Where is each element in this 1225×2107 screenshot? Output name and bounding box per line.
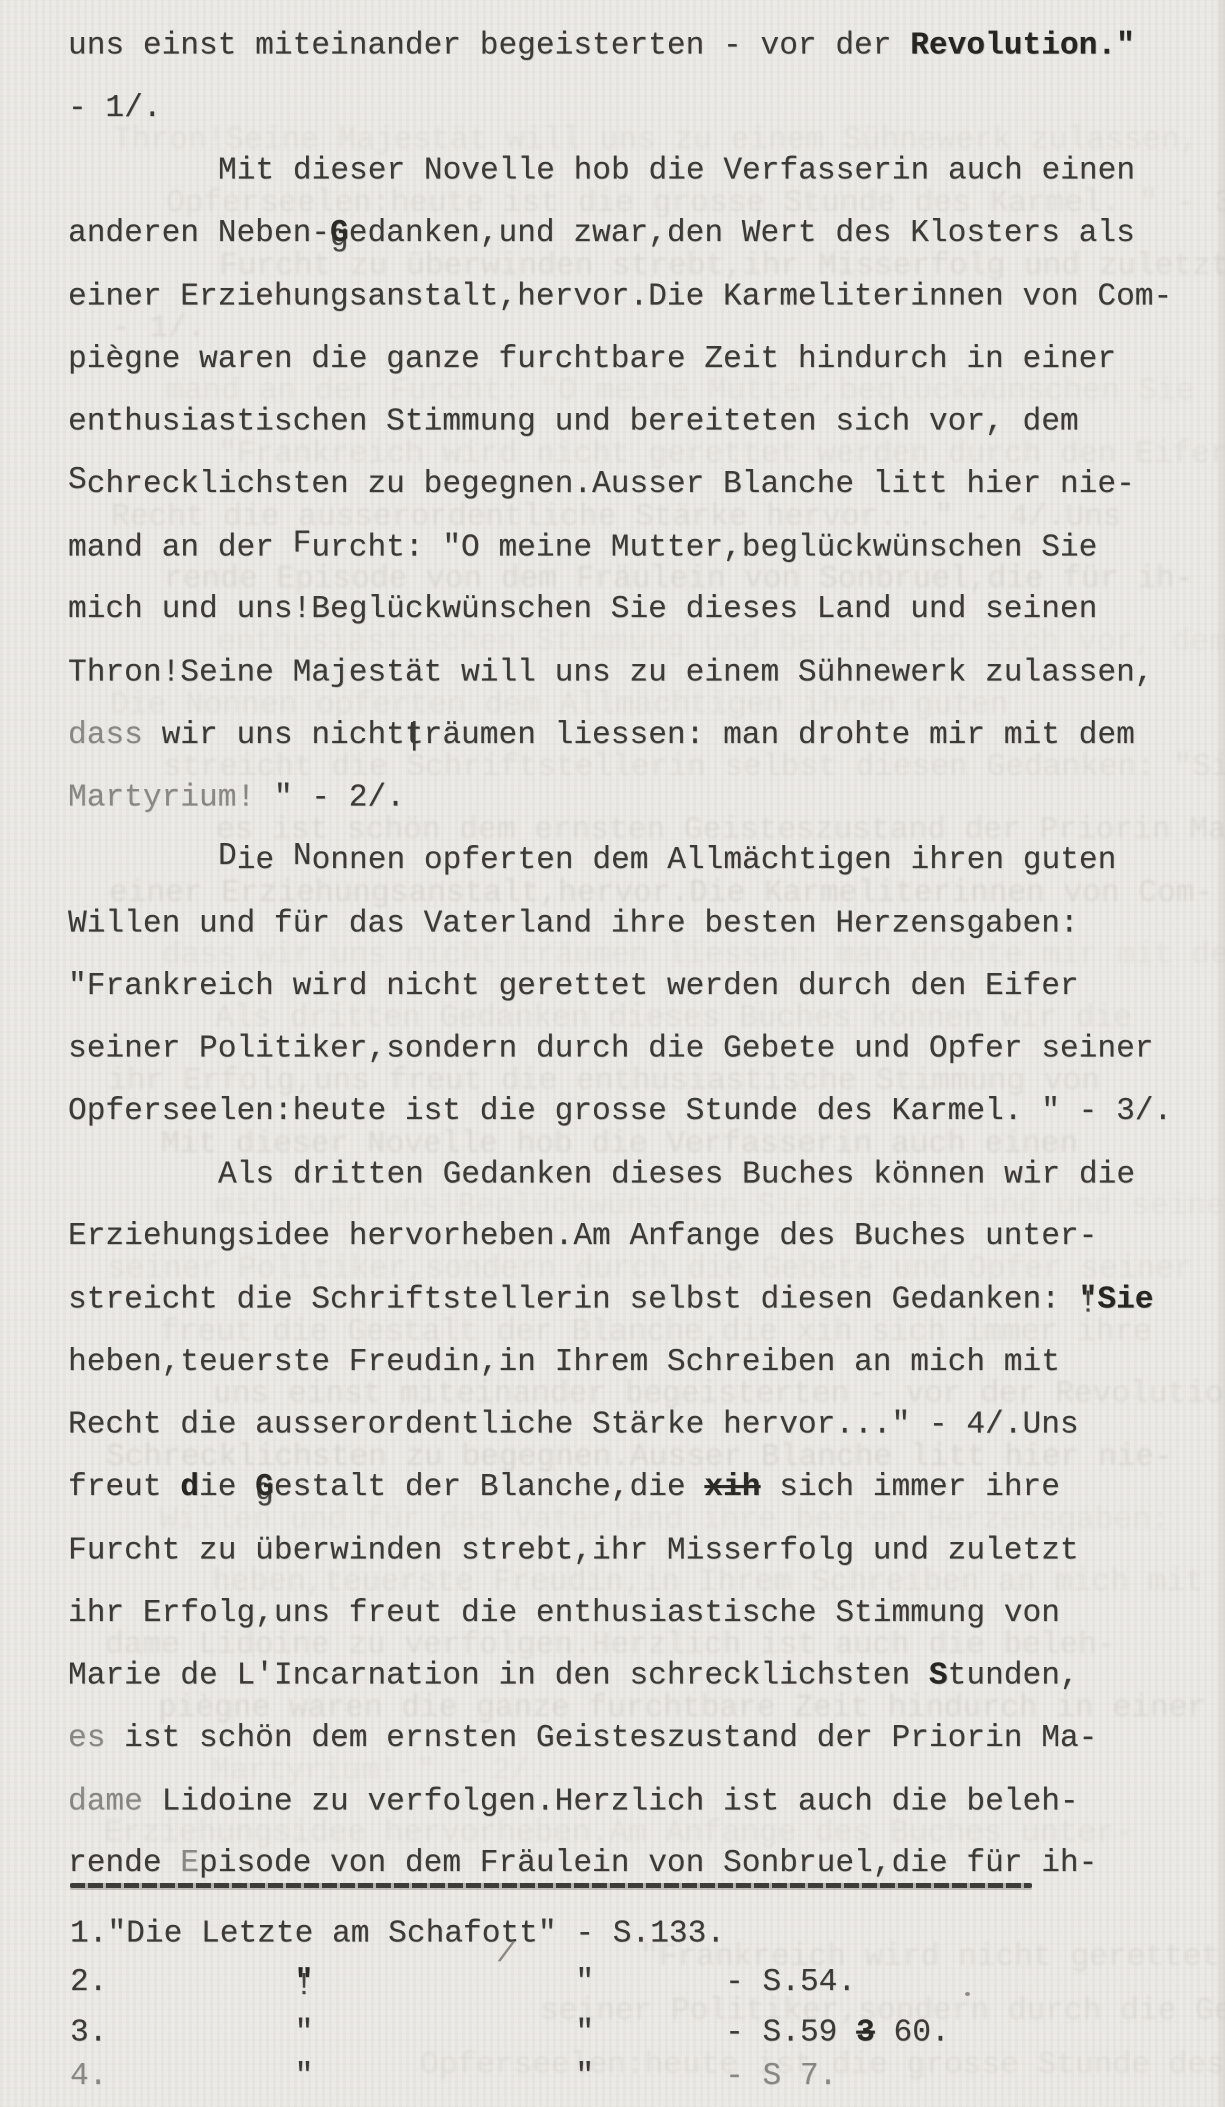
text-segment: urcht: "O meine Mutter,beglückwünschen S… — [311, 530, 1097, 565]
text-segment: träumen liessen: man drohte mir mit dem — [405, 718, 1135, 753]
text-segment — [313, 2016, 575, 2051]
text-segment: piègne waren die ganze furchtbare Zeit h… — [68, 342, 1116, 377]
text-segment: - S.54. — [725, 1965, 856, 2000]
typed-line: Mit dieser Novelle hob die Verfasserin a… — [218, 152, 1135, 192]
text-segment: Erziehungsidee hervorheben.Am Anfange de… — [68, 1219, 1097, 1254]
text-segment: " — [295, 2016, 314, 2051]
text-segment: Willen und für das Vaterland ihre besten… — [68, 906, 1079, 941]
text-segment: edanken,und zwar,den Wert des Klosters a… — [349, 216, 1135, 251]
text-segment: 1."Die Letzte am Schafott" - S.133. — [70, 1917, 725, 1952]
text-segment: Als dritten Gedanken dieses Buches könne… — [218, 1157, 1135, 1192]
text-segment: S — [68, 463, 87, 498]
typed-line: einer Erziehungsanstalt,hervor.Die Karme… — [68, 277, 1172, 317]
text-segment: - S 7. — [725, 2059, 837, 2094]
footnote-line: 1."Die Letzte am Schafott" - S.133. — [70, 1915, 725, 1955]
text-segment: Lidoine zu verfolgen.Herzlich ist auch d… — [143, 1784, 1079, 1819]
text-segment: Marie de L'Incarnation in den schrecklic… — [68, 1659, 929, 1694]
text-segment: dass — [68, 718, 143, 753]
typed-line: Thron!Seine Majestät will uns zu einem S… — [68, 654, 1154, 694]
typed-line: dame Lidoine zu verfolgen.Herzlich ist a… — [68, 1782, 1079, 1822]
text-segment: Opferseelen:heute ist die grosse Stunde … — [68, 1094, 1172, 1129]
text-segment: freut — [68, 1470, 180, 1505]
text-segment: N — [293, 839, 312, 874]
typed-line: Erziehungsidee hervorheben.Am Anfange de… — [68, 1217, 1097, 1257]
typed-line: - 1/. — [68, 89, 162, 129]
text-segment: ie — [237, 843, 293, 878]
text-segment: 60. — [875, 2016, 950, 2051]
text-segment: enthusiastischen Stimmung und bereiteten… — [68, 405, 1079, 440]
text-segment: - S.59 — [725, 2016, 856, 2051]
text-segment: uns einst miteinander begeisterten - vor… — [68, 29, 910, 64]
stray-dot-mark — [965, 1992, 970, 1996]
text-segment — [107, 1965, 294, 2000]
text-segment: Recht die ausserordentliche Stärke hervo… — [68, 1408, 1079, 1443]
text-segment: dame — [68, 1784, 143, 1819]
footnote-line: 3. " " - S.59 3 60. — [70, 2014, 950, 2054]
text-segment: d — [180, 1470, 199, 1505]
typed-line: anderen Neben-Ggedanken,und zwar,den Wer… — [68, 214, 1135, 254]
text-segment: mich und uns!Beglückwünschen Sie dieses … — [68, 592, 1097, 627]
text-segment: ihr Erfolg,uns freut die enthusiastische… — [68, 1596, 1060, 1631]
typed-line: Als dritten Gedanken dieses Buches könne… — [218, 1155, 1135, 1195]
typed-line: Recht die ausserordentliche Stärke hervo… — [68, 1406, 1079, 1446]
text-segment: ist schön dem ernsten Geisteszustand der… — [105, 1721, 1097, 1756]
text-segment: 2. — [70, 1965, 107, 2000]
text-segment: "! — [295, 1963, 314, 2003]
footnote-line: 2. "! " - S.54. — [70, 1963, 856, 2003]
typed-line: streicht die Schriftstellerin selbst die… — [68, 1281, 1154, 1321]
typed-line: es ist schön dem ernsten Geisteszustand … — [68, 1719, 1097, 1759]
text-segment: Sie — [1097, 1283, 1153, 1318]
text-segment: einer Erziehungsanstalt,hervor.Die Karme… — [68, 279, 1172, 314]
typed-line: Opferseelen:heute ist die grosse Stunde … — [68, 1092, 1172, 1132]
text-segment: heben,teuerste Freudin,in Ihrem Schreibe… — [68, 1345, 1060, 1380]
text-segment: 4. — [70, 2059, 107, 2094]
text-segment: xih — [704, 1470, 760, 1505]
typed-line: ihr Erfolg,uns freut die enthusiastische… — [68, 1594, 1060, 1634]
text-segment: anderen Neben- — [68, 216, 330, 251]
typed-line: mich und uns!Beglückwünschen Sie dieses … — [68, 590, 1097, 630]
text-segment: S — [929, 1659, 948, 1694]
text-segment: F — [293, 526, 312, 561]
typed-line: Willen und für das Vaterland ihre besten… — [68, 904, 1079, 944]
typed-line: mand an der Furcht: "O meine Mutter,begl… — [68, 528, 1097, 568]
text-segment: Gg — [330, 214, 349, 254]
text-segment: seiner Politiker,sondern durch die Gebet… — [68, 1032, 1154, 1067]
text-segment — [313, 2059, 575, 2094]
text-segment: Thron!Seine Majestät will uns zu einem S… — [68, 656, 1154, 691]
text-segment: pisode von dem Fräulein von Sonbruel,die… — [199, 1846, 1097, 1881]
typed-line: Furcht zu überwinden strebt,ihr Misserfo… — [68, 1531, 1079, 1571]
text-segment: mand an der — [68, 530, 293, 565]
overstruck-character: ! — [1079, 1285, 1098, 1325]
text-segment: "Frankreich wird nicht gerettet werden d… — [68, 969, 1079, 1004]
text-segment: tunden, — [948, 1659, 1079, 1694]
text-segment: chrecklichsten zu begegnen.Ausser Blanch… — [87, 467, 1135, 502]
text-segment: ie — [199, 1470, 255, 1505]
text-segment — [594, 2059, 725, 2094]
typed-line: rende Episode von dem Fräulein von Sonbr… — [68, 1844, 1097, 1884]
text-segment: " — [295, 2059, 314, 2094]
footnote-separator-rule — [70, 1883, 1032, 1888]
text-segment — [107, 2016, 294, 2051]
text-segment: estalt der Blanche,die — [274, 1470, 704, 1505]
typed-line: Martyrium! " - 2/. — [68, 779, 405, 819]
text-segment: " — [575, 2016, 594, 2051]
text-segment — [594, 2016, 725, 2051]
typed-line: piègne waren die ganze furchtbare Zeit h… — [68, 340, 1116, 380]
text-segment — [107, 2059, 294, 2094]
text-segment: onnen opferten dem Allmächtigen ihren gu… — [312, 843, 1117, 878]
text-segment: streicht die Schriftstellerin selbst die… — [68, 1283, 1079, 1318]
footnote-line: 4. " " - S 7. — [70, 2057, 837, 2097]
text-segment — [594, 1965, 725, 2000]
text-segment: Mit dieser Novelle hob die Verfasserin a… — [218, 154, 1135, 189]
typed-line: seiner Politiker,sondern durch die Gebet… — [68, 1030, 1154, 1070]
typed-line: Schrecklichsten zu begegnen.Ausser Blanc… — [68, 465, 1135, 505]
typed-line: uns einst miteinander begeisterten - vor… — [68, 27, 1135, 67]
overstruck-character: g — [330, 218, 349, 258]
text-segment: wir uns nicht — [143, 718, 405, 753]
text-segment: 3 — [856, 2016, 875, 2051]
text-segment: Revolution." — [910, 29, 1135, 64]
typed-line: freut die Ggestalt der Blanche,die xih s… — [68, 1468, 1060, 1508]
text-segment: Martyrium! — [68, 781, 274, 816]
text-segment: sich immer ihre — [761, 1470, 1060, 1505]
typed-line: enthusiastischen Stimmung und bereiteten… — [68, 403, 1079, 443]
text-segment: "! — [1079, 1281, 1098, 1321]
text-segment: 3. — [70, 2016, 107, 2051]
typed-line: Marie de L'Incarnation in den schrecklic… — [68, 1657, 1079, 1697]
text-segment: " - 2/. — [274, 781, 405, 816]
text-segment: " — [575, 1965, 594, 2000]
text-segment: " — [575, 2059, 594, 2094]
text-segment: - 1/. — [68, 91, 162, 126]
scan-edge-shade — [1215, 0, 1225, 2107]
overstruck-character: g — [255, 1472, 274, 1512]
typed-line: dass wir uns nicht|träumen liessen: man … — [68, 716, 1135, 756]
typed-line: heben,teuerste Freudin,in Ihrem Schreibe… — [68, 1343, 1060, 1383]
typed-line: Die Nonnen opferten dem Allmächtigen ihr… — [218, 841, 1116, 881]
text-segment: es — [68, 1721, 105, 1756]
overstruck-character: ! — [295, 1967, 314, 2007]
text-segment: Gg — [255, 1468, 274, 1508]
text-segment: rende — [68, 1846, 180, 1881]
typed-line: "Frankreich wird nicht gerettet werden d… — [68, 967, 1079, 1007]
text-segment: E — [180, 1846, 199, 1881]
text-segment — [313, 1965, 575, 2000]
text-segment: Furcht zu überwinden strebt,ihr Misserfo… — [68, 1533, 1079, 1568]
text-segment: D — [218, 839, 237, 874]
